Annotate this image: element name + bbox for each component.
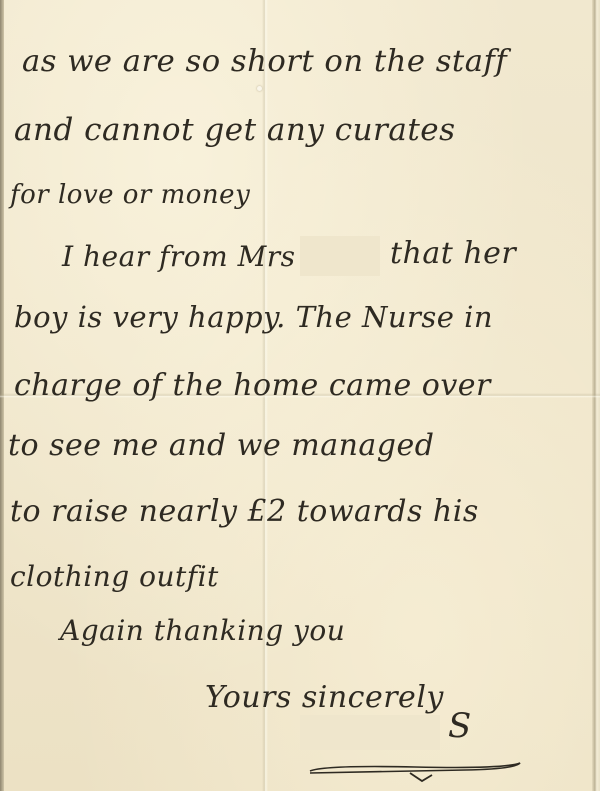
letter-line-5: boy is very happy. The Nurse in <box>14 300 493 334</box>
letter-line-4b: that her <box>390 236 516 271</box>
letter-line-6: charge of the home came over <box>14 368 491 403</box>
letter-line-4a: I hear from Mrs <box>62 240 296 273</box>
signature-flourish-icon <box>305 755 525 785</box>
letter-line-7: to see me and we managed <box>8 428 434 463</box>
signature-initial: S <box>448 706 472 746</box>
closing-line: Again thanking you <box>60 614 345 647</box>
letter-line-8: to raise nearly £2 towards his <box>10 494 479 529</box>
valediction: Yours sincerely <box>205 680 444 715</box>
pin-hole <box>257 86 262 91</box>
letter-page: as we are so short on the staff and cann… <box>0 0 600 791</box>
redacted-name <box>300 236 380 276</box>
redacted-signature <box>300 715 440 750</box>
letter-line-2: and cannot get any curates <box>14 112 456 148</box>
letter-line-1: as we are so short on the staff <box>22 44 507 79</box>
letter-line-3: for love or money <box>10 180 250 210</box>
letter-line-9: clothing outfit <box>10 560 219 593</box>
